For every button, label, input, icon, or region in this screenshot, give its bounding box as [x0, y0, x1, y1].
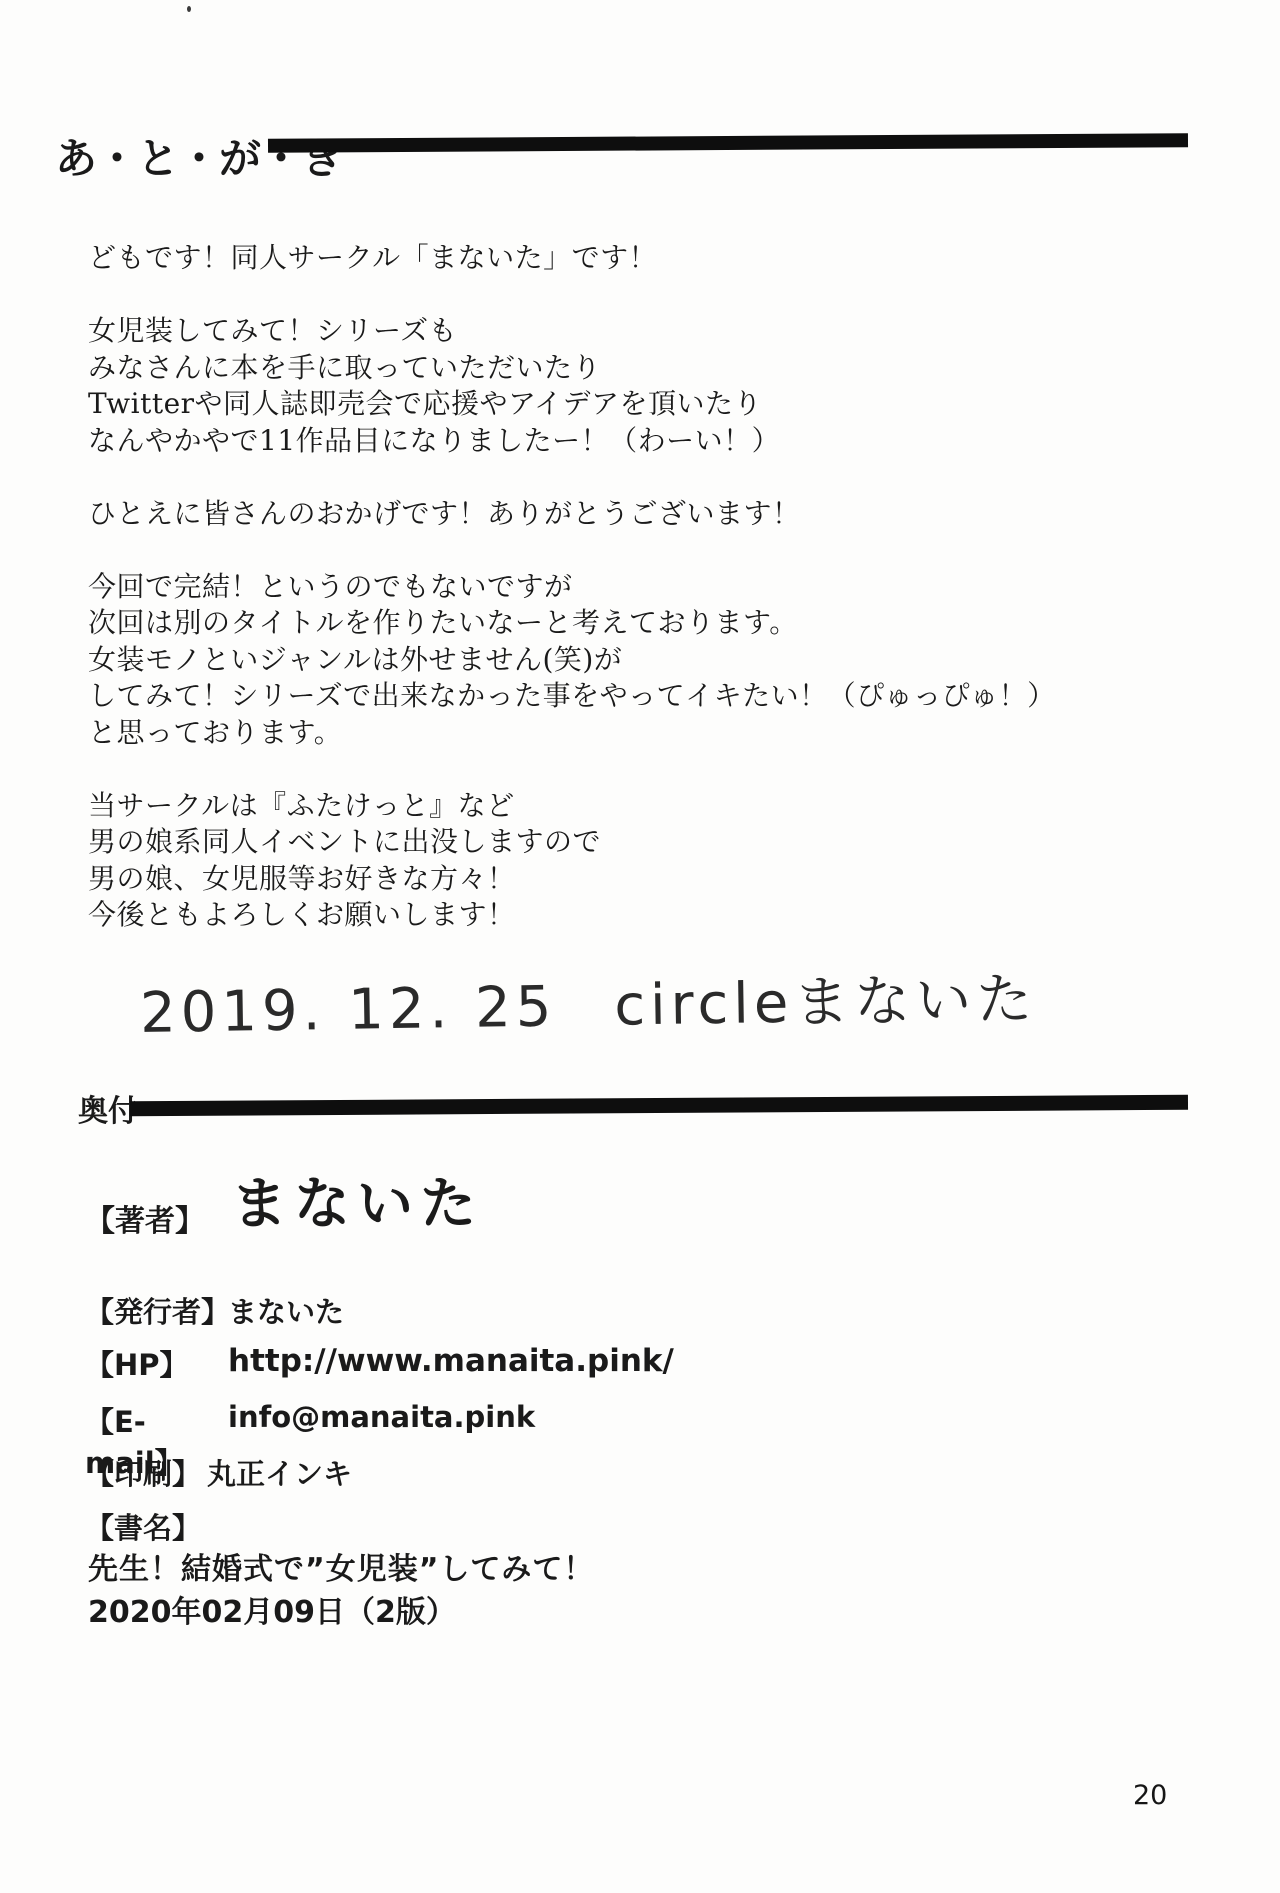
afterword-page: あ・と・が・き どもです！同人サークル「まないた」です！ 女児装してみて！シリー… — [0, 0, 1280, 1893]
colophon-rule — [130, 1095, 1188, 1116]
edition-date: 2020年02月09日（2版） — [88, 1587, 456, 1631]
colophon-row-website: 【HP】 http://www.manaita.pink/ — [85, 1343, 674, 1384]
colophon-row-booktitle-label: 【書名】 — [85, 1506, 201, 1547]
colophon-row-printer: 【印刷】 丸正インキ — [85, 1452, 352, 1493]
colophon-heading: 奥付 — [78, 1086, 138, 1130]
afterword-line: どもです！同人サークル「まないた」です！ — [88, 240, 1056, 277]
signature-date: 2019. 12. 25 — [140, 975, 557, 1047]
page-number: 20 — [1133, 1780, 1167, 1811]
afterword-line — [88, 459, 1056, 496]
afterword-line — [88, 532, 1056, 569]
colophon-row-author: 【著者】 まないた — [85, 1176, 483, 1240]
signature-name: circleまないた — [614, 955, 1038, 1042]
afterword-body: どもです！同人サークル「まないた」です！ 女児装してみて！シリーズも みなさんに… — [88, 240, 1056, 934]
handwritten-signature: 2019. 12. 25 circleまないた — [139, 955, 1037, 1049]
afterword-line: と思っております。 — [88, 715, 1056, 752]
printer-label: 【印刷】 — [85, 1452, 201, 1493]
afterword-line: なんやかやで11作品目になりましたー！（わーい！） — [88, 423, 1056, 460]
author-value: まないた — [231, 1176, 483, 1235]
afterword-line — [88, 751, 1056, 788]
afterword-line: 次回は別のタイトルを作りたいなーと考えております。 — [88, 605, 1056, 642]
publisher-label: 【発行者】 — [85, 1290, 228, 1331]
colophon-row-publisher: 【発行者】 まないた — [85, 1290, 344, 1331]
afterword-heading: あ・と・が・き — [55, 126, 342, 186]
afterword-line: Twitterや同人誌即売会で応援やアイデアを頂いたり — [88, 386, 1056, 423]
afterword-line — [88, 277, 1056, 314]
afterword-line: みなさんに本を手に取っていただいたり — [88, 350, 1056, 387]
afterword-line: してみて！シリーズで出来なかった事をやってイキたい！（ぴゅっぴゅ！） — [88, 678, 1056, 715]
afterword-line: 女児装してみて！シリーズも — [88, 313, 1056, 350]
afterword-line: 今後ともよろしくお願いします！ — [88, 897, 1056, 934]
afterword-line: 女装モノといジャンルは外せません(笑)が — [88, 642, 1056, 679]
printer-value: 丸正インキ — [207, 1452, 352, 1493]
afterword-line: 今回で完結！というのでもないですが — [88, 569, 1056, 606]
author-label: 【著者】 — [85, 1176, 205, 1240]
heading-rule — [268, 133, 1188, 153]
publisher-value: まないた — [228, 1290, 344, 1331]
afterword-line: ひとえに皆さんのおかげです！ありがとうございます！ — [88, 496, 1056, 533]
booktitle-label: 【書名】 — [85, 1506, 201, 1547]
afterword-line: 男の娘系同人イベントに出没しますので — [88, 824, 1056, 861]
website-label: 【HP】 — [85, 1343, 228, 1384]
website-url: http://www.manaita.pink/ — [228, 1343, 674, 1384]
scan-speck — [187, 6, 191, 12]
book-title: 先生！結婚式で”女児装”してみて！ — [88, 1544, 594, 1588]
afterword-line: 当サークルは『ふたけっと』など — [88, 788, 1056, 825]
afterword-line: 男の娘、女児服等お好きな方々！ — [88, 861, 1056, 898]
